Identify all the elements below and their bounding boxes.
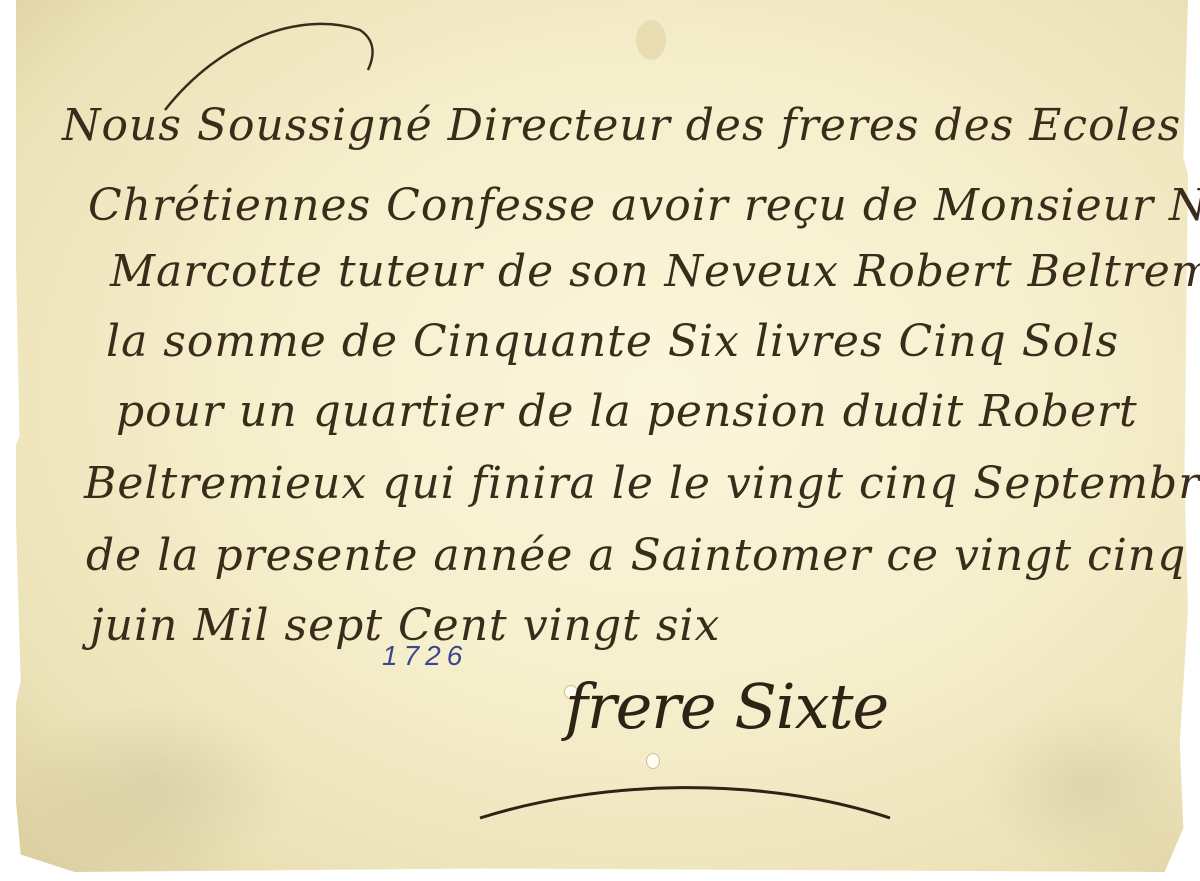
paper-stain <box>976 700 1196 870</box>
text-line-2: Chrétiennes Confesse avoir reçu de Monsi… <box>88 180 1200 231</box>
paper-stain <box>16 700 296 880</box>
text-line-4: la somme de Cinquante Six livres Cinq So… <box>106 316 1119 367</box>
paper-hole <box>646 753 660 769</box>
text-line-6: Beltremieux qui finira le le vingt cinq … <box>84 458 1200 509</box>
text-line-1: Nous Soussigné Directeur des freres des … <box>62 100 1181 151</box>
text-line-5: pour un quartier de la pension dudit Rob… <box>116 386 1138 437</box>
text-line-7: de la presente année a Saintomer ce ving… <box>86 530 1186 581</box>
date-annotation: 1726 <box>382 640 468 672</box>
signature: frere Sixte <box>565 670 888 743</box>
paper-stain <box>636 20 666 60</box>
text-line-3: Marcotte tuteur de son Neveux Robert Bel… <box>110 246 1200 297</box>
